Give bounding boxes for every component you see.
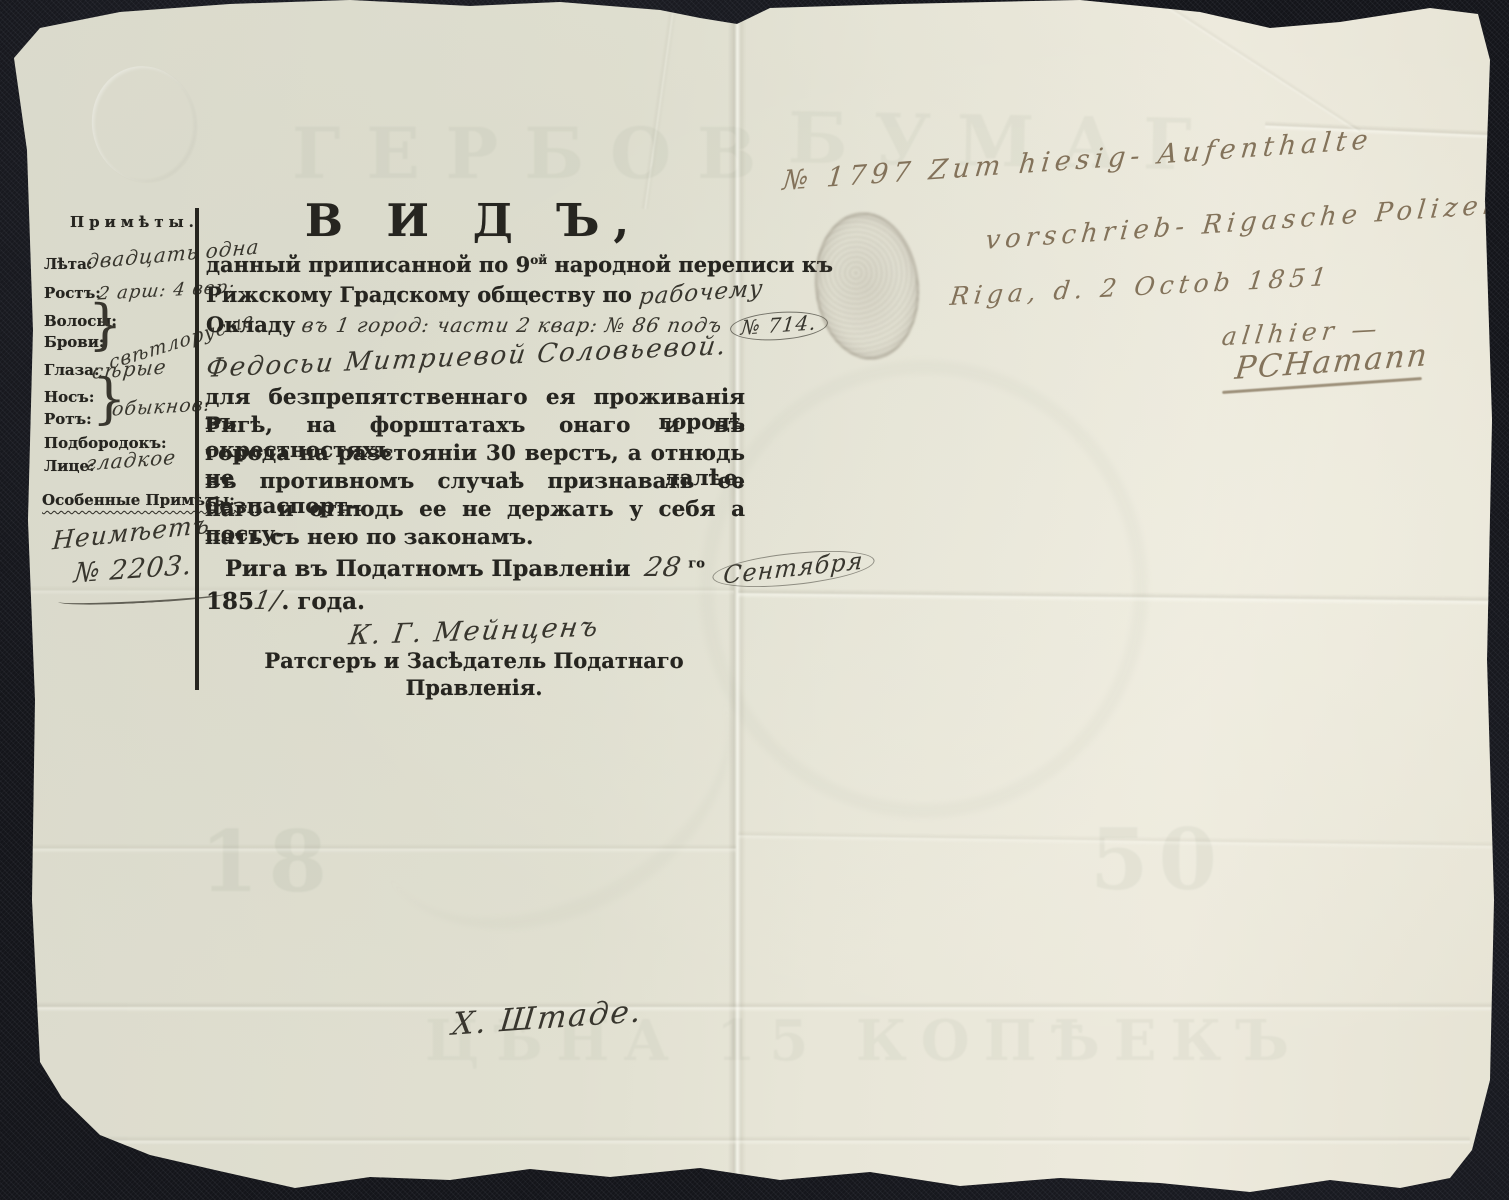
register-number-text: № 2203.	[72, 550, 193, 590]
crease-lower-right	[738, 831, 1496, 851]
issue-month-handwritten: Сентября	[711, 545, 876, 594]
center-fold	[728, 0, 746, 1200]
signer-title-line-2: Правленія.	[204, 675, 744, 700]
german-note-line-3: Riga, d. 2 Octob 1851	[950, 262, 1333, 311]
german-note-line-2: vorschrieb- Rigasche Polizei	[985, 190, 1498, 256]
intro-line-2-printed: Рижскому Градскому обществу по	[206, 282, 632, 307]
photo-of-document: ГЕРБОВ БУМАГ 18 50 ЦѢНА 15 КОПѢЕКЪ Примѣ…	[0, 0, 1509, 1200]
register-number-flourish	[58, 588, 228, 608]
column-divider-rule	[195, 208, 199, 690]
body-line-6: пать съ нею по законамъ.	[205, 525, 745, 550]
field-value-face: гладкое	[85, 445, 177, 475]
intro-line-2-hw-text: рабочему	[637, 276, 764, 311]
document-title: В И Д Ъ,	[204, 194, 744, 247]
special-marks-value-text: Неимѣетъ	[51, 510, 211, 556]
watermark-year-right: 50	[1090, 810, 1227, 909]
intro-line-3-handwritten: въ 1 город: части 2 квар: № 86 подъ № 71…	[302, 313, 828, 337]
intro-line-1-sup: ой	[530, 253, 547, 267]
issue-year-tail: . года.	[281, 588, 365, 615]
issue-line: Рига въ Податномъ Правленіи 28 го Сентяб…	[225, 552, 785, 585]
document-sheet: ГЕРБОВ БУМАГ 18 50 ЦѢНА 15 КОПѢЕКЪ Примѣ…	[0, 0, 1509, 1200]
signer-title-line-1: Ратсгеръ и Засѣдатель Податнаго	[204, 648, 744, 673]
watermark-top-left: ГЕРБОВ	[292, 112, 782, 195]
issue-month-text: Сентября	[722, 546, 864, 589]
register-number: № 2203.	[73, 550, 193, 589]
crease-lower-left	[26, 844, 736, 853]
apartment-number-text: № 714.	[740, 310, 818, 340]
special-marks-value: Неимѣетъ	[51, 510, 212, 555]
brace-hair-brows: }	[88, 298, 122, 352]
intro-line-1: данный приписанной по 9ой народной переп…	[206, 252, 746, 277]
german-note-line-2-text: vorschrieb- Rigasche Polizei	[984, 190, 1498, 256]
intro-line-1b: народной переписи къ	[547, 252, 833, 277]
issue-year-handwritten: 1∕	[254, 586, 281, 616]
issue-day-text: 28	[642, 552, 684, 583]
crease-mid-right	[738, 588, 1498, 606]
field-label-mouth: Ротъ:	[44, 410, 92, 428]
intro-line-1a: данный приписанной по 9	[206, 252, 530, 277]
watermark-year-left: 18	[200, 812, 337, 911]
crease-top-right-diagonal	[1148, 0, 1361, 135]
embossed-seal	[83, 58, 206, 190]
intro-line-2: Рижскому Градскому обществу по рабочему	[206, 282, 746, 308]
german-note-line-3-text: Riga, d. 2 Octob 1851	[948, 262, 1333, 311]
intro-line-3-printed: Окладу	[206, 312, 295, 337]
clerk-signature-text: Х. Штаде.	[450, 993, 644, 1043]
issue-day-handwritten: 28	[645, 552, 681, 583]
crease-bottom-1	[26, 1002, 1492, 1012]
marks-header: Примѣты.	[70, 213, 199, 231]
issue-year-hw-text: 1∕	[251, 586, 284, 616]
oval-ink-stamp	[808, 207, 927, 365]
crease-top-center	[640, 0, 678, 209]
german-note-line-1: № 1797 Zum hiesig- Aufenthalte	[782, 124, 1374, 196]
issue-day-suffix: го	[688, 557, 705, 572]
issue-place-printed: Рига въ Податномъ Правленіи	[225, 556, 631, 582]
watermark-eagle-ring	[700, 360, 1148, 818]
german-note-line-1-text: № 1797 Zum hiesig- Aufenthalte	[781, 124, 1374, 197]
intro-line-2-handwritten: рабочему	[638, 276, 764, 311]
clerk-signature: Х. Штаде.	[451, 993, 644, 1042]
field-label-nose: Носъ:	[44, 388, 94, 406]
crease-bottom-2	[30, 1136, 1470, 1145]
official-signature-text: К. Г. Мейнценъ	[347, 612, 602, 652]
field-value-face-text: гладкое	[85, 445, 178, 476]
issue-year-line: 1851∕. года.	[206, 586, 365, 616]
issue-year-printed: 185	[206, 588, 254, 615]
